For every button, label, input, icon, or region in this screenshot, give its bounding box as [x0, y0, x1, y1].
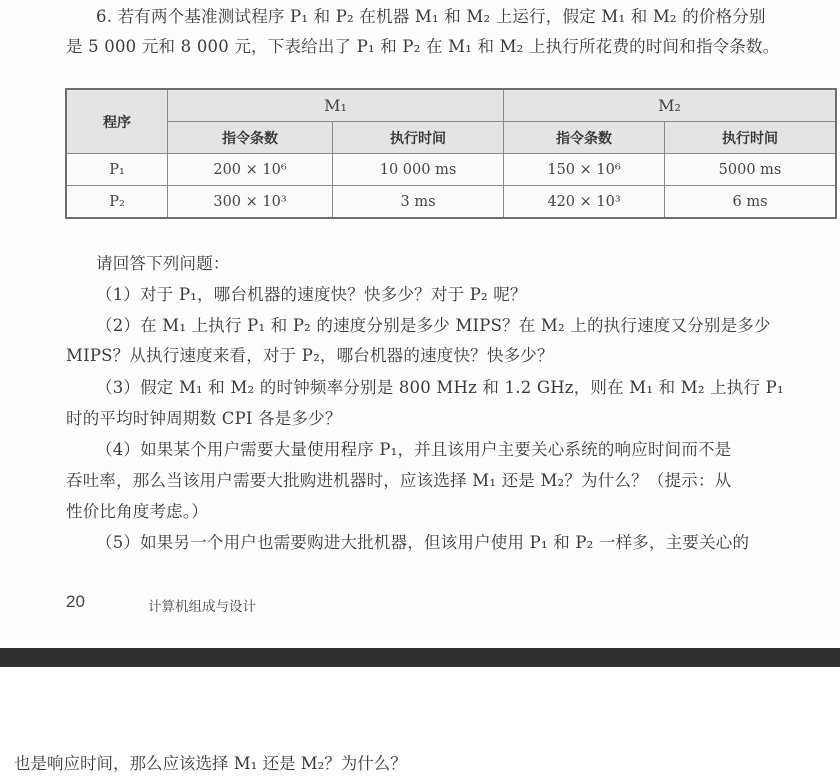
table-row: P₁ 200 × 10⁶ 10 000 ms 150 × 10⁶ 5000 ms — [66, 154, 836, 186]
document-page: 6. 若有两个基准测试程序 P₁ 和 P₂ 在机器 M₁ 和 M₂ 上运行，假定… — [0, 0, 840, 648]
program-cell: P₁ — [66, 154, 168, 186]
program-cell: P₂ — [66, 186, 168, 219]
question-5-continuation: 也是响应时间，那么应该选择 M₁ 还是 M₂？为什么？ — [14, 750, 407, 778]
question-4-line-1: （4）如果某个用户需要大量使用程序 P₁，并且该用户主要关心系统的响应时间而不是 — [66, 435, 840, 465]
program-column-header: 程序 — [66, 89, 168, 154]
page-number: 20 — [66, 592, 85, 612]
question-1: （1）对于 P₁，哪台机器的速度快？快多少？对于 P₂ 呢？ — [66, 280, 840, 310]
question-4-line-2: 吞吐率，那么当该用户需要大批购进机器时，应该选择 M₁ 还是 M₂？为什么？（提… — [66, 466, 826, 496]
problem-intro-line-2: 是 5 000 元和 8 000 元，下表给出了 P₁ 和 P₂ 在 M₁ 和 … — [66, 32, 826, 62]
question-5-line-1: （5）如果另一个用户也需要购进大批机器，但该用户使用 P₁ 和 P₂ 一样多，主… — [66, 528, 840, 558]
page-separator — [0, 648, 840, 667]
book-title: 计算机组成与设计 — [148, 595, 256, 615]
questions-prompt: 请回答下列问题： — [66, 249, 840, 279]
question-3-line-1: （3）假定 M₁ 和 M₂ 的时钟频率分别是 800 MHz 和 1.2 GHz… — [66, 373, 840, 403]
m1-instructions-cell: 200 × 10⁶ — [168, 154, 333, 186]
m2-time-cell: 6 ms — [665, 186, 837, 219]
problem-intro-line-1: 6. 若有两个基准测试程序 P₁ 和 P₂ 在机器 M₁ 和 M₂ 上运行，假定… — [66, 2, 840, 32]
benchmark-table: 程序 M₁ M₂ 指令条数 执行时间 指令条数 执行时间 P₁ 200 × 10… — [65, 88, 837, 219]
m2-instructions-cell: 420 × 10³ — [504, 186, 665, 219]
m1-time-cell: 10 000 ms — [333, 154, 504, 186]
m2-time-cell: 5000 ms — [665, 154, 837, 186]
question-2-line-2: MIPS？从执行速度来看，对于 P₂，哪台机器的速度快？快多少？ — [66, 341, 826, 371]
question-4-line-3: 性价比角度考虑。） — [66, 497, 826, 527]
question-3-line-2: 时的平均时钟周期数 CPI 各是多少？ — [66, 404, 826, 434]
m2-instruction-count-header: 指令条数 — [504, 122, 665, 154]
m1-instruction-count-header: 指令条数 — [168, 122, 333, 154]
m2-instructions-cell: 150 × 10⁶ — [504, 154, 665, 186]
m1-instructions-cell: 300 × 10³ — [168, 186, 333, 219]
table-row: P₂ 300 × 10³ 3 ms 420 × 10³ 6 ms — [66, 186, 836, 219]
question-2-line-1: （2）在 M₁ 上执行 P₁ 和 P₂ 的速度分别是多少 MIPS？在 M₂ 上… — [66, 311, 840, 341]
machine-m2-header: M₂ — [504, 89, 837, 122]
machine-m1-header: M₁ — [168, 89, 504, 122]
m1-time-cell: 3 ms — [333, 186, 504, 219]
m1-execution-time-header: 执行时间 — [333, 122, 504, 154]
m2-execution-time-header: 执行时间 — [665, 122, 837, 154]
